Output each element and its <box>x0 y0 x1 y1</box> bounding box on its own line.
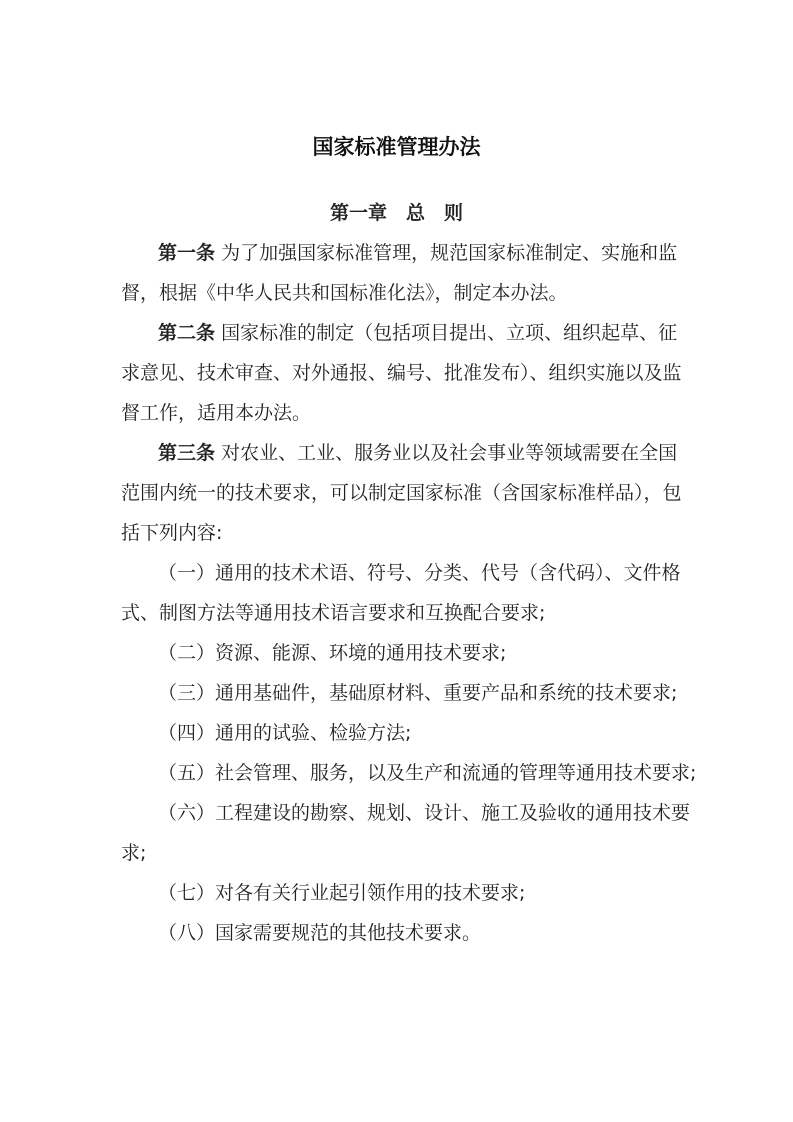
article-3-line-2: 范围内统一的技术要求，可以制定国家标准（含国家标准样品），包 <box>121 481 682 505</box>
article-1-line-1: 第一条 为了加强国家标准管理，规范国家标准制定、实施和监 <box>158 241 675 265</box>
chapter-heading: 第一章 总 则 <box>0 201 793 225</box>
article-2-line-3: 督工作，适用本办法。 <box>121 401 311 425</box>
article-1-label: 第一条 <box>158 242 215 264</box>
article-3-text-1: 对农业、工业、服务业以及社会事业等领域需要在全国 <box>221 442 677 464</box>
article-2-label: 第二条 <box>158 322 215 344</box>
item-1-line-1: （一）通用的技术术语、符号、分类、代号（含代码）、文件格 <box>158 561 681 585</box>
item-7: （七）对各有关行业起引领作用的技术要求; <box>158 881 525 905</box>
item-4: （四）通用的试验、检验方法; <box>158 721 411 745</box>
item-3: （三）通用基础件，基础原材料、重要产品和系统的技术要求; <box>158 681 677 705</box>
item-5: （五）社会管理、服务，以及生产和流通的管理等通用技术要求; <box>158 761 696 785</box>
document-title: 国家标准管理办法 <box>0 134 793 160</box>
article-1-line-2: 督，根据《中华人民共和国标准化法》，制定本办法。 <box>121 281 568 305</box>
item-6-line-1: （六）工程建设的勘察、规划、设计、施工及验收的通用技术要 <box>158 801 690 825</box>
article-3-label: 第三条 <box>158 442 215 464</box>
article-3-line-1: 第三条 对农业、工业、服务业以及社会事业等领域需要在全国 <box>158 441 677 465</box>
item-6-line-2: 求; <box>121 841 146 865</box>
article-2-line-1: 第二条 国家标准的制定（包括项目提出、立项、组织起草、征 <box>158 321 677 345</box>
article-3-line-3: 括下列内容: <box>121 521 222 545</box>
article-2-line-2: 求意见、技术审查、对外通报、编号、批准发布）、组织实施以及监 <box>121 361 682 385</box>
article-1-text-1: 为了加强国家标准管理，规范国家标准制定、实施和监 <box>221 242 677 264</box>
item-2: （二）资源、能源、环境的通用技术要求; <box>158 641 506 665</box>
item-1-line-2: 式、制图方法等通用技术语言要求和互换配合要求; <box>121 601 545 625</box>
article-2-text-1: 国家标准的制定（包括项目提出、立项、组织起草、征 <box>221 322 677 344</box>
item-8: （八）国家需要规范的其他技术要求。 <box>158 921 481 945</box>
